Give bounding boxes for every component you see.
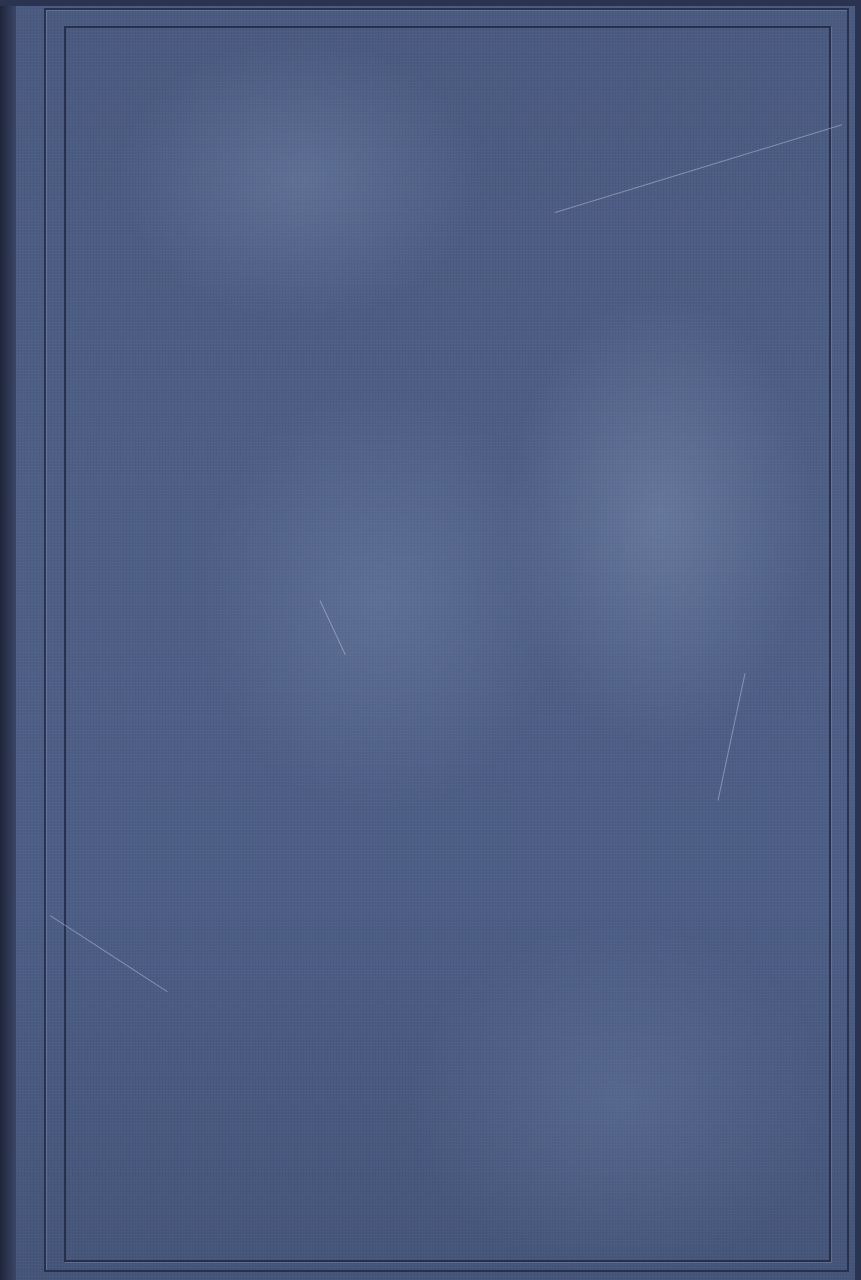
blind-stamped-inner-border xyxy=(64,26,831,1262)
book-cover xyxy=(0,0,861,1280)
book-spine-edge xyxy=(0,0,16,1280)
cover-top-edge xyxy=(0,0,861,6)
cover-right-edge xyxy=(855,0,861,1280)
